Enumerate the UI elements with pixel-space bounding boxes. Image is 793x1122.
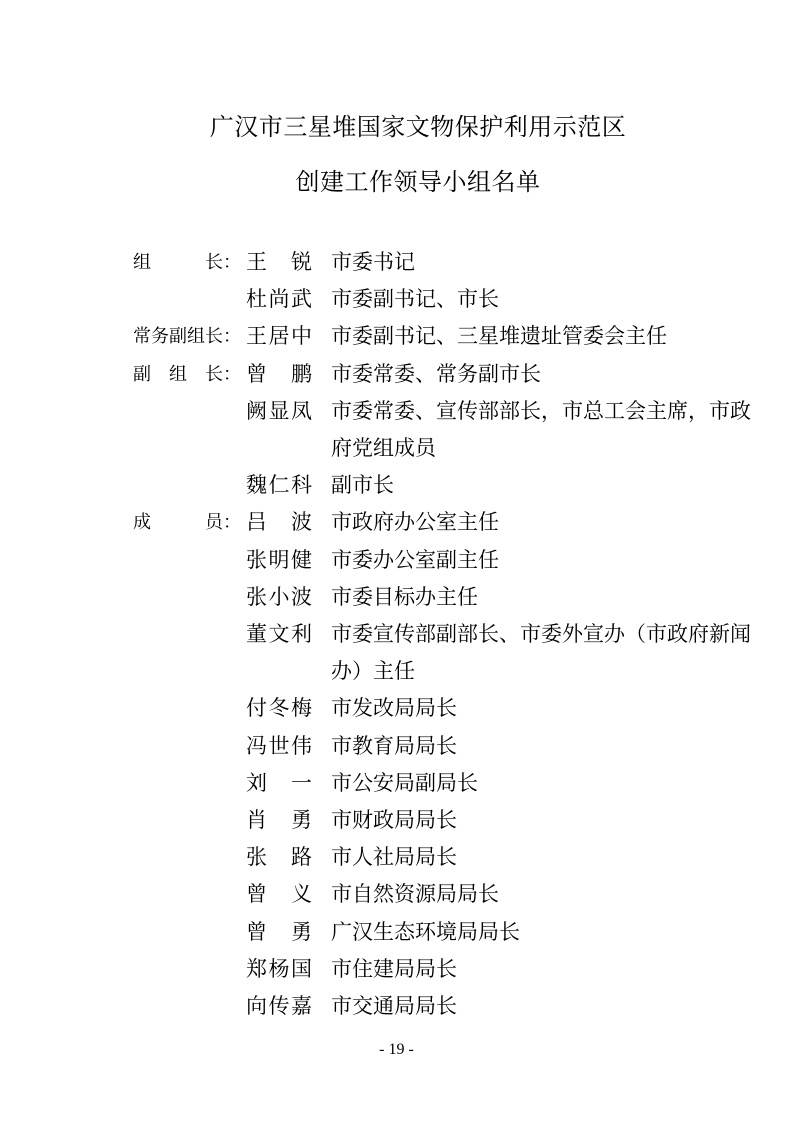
roster-row: 肖勇 市财政局局长 — [0, 802, 793, 839]
role-label: 成员 ： — [133, 504, 246, 541]
roster-row: 组长 ： 王锐 市委书记 — [0, 244, 793, 281]
roster-row: 成员 ： 吕波 市政府办公室主任 — [0, 504, 793, 541]
member-position: 市住建局局长 — [331, 951, 793, 988]
member-name: 董文利 — [246, 616, 312, 653]
member-name: 吕波 — [246, 504, 312, 541]
member-name: 郑杨国 — [246, 951, 312, 988]
roster-row: 张路 市人社局局长 — [0, 839, 793, 876]
member-position: 市委副书记、市长 — [331, 281, 793, 318]
document-title-line1: 广汉市三星堆国家文物保护利用示范区 — [133, 100, 703, 155]
member-name: 付冬梅 — [246, 690, 312, 727]
document-page: 广汉市三星堆国家文物保护利用示范区 创建工作领导小组名单 组长 ： 王锐 市委书… — [0, 0, 793, 1122]
member-name: 刘一 — [246, 765, 312, 802]
member-position: 市财政局局长 — [331, 802, 793, 839]
member-name: 阙显凤 — [246, 393, 312, 430]
role-label-text: 成员 — [133, 504, 223, 541]
member-position: 市交通局局长 — [331, 988, 793, 1025]
role-label-text: 常务副组长 — [133, 318, 223, 355]
member-name: 冯世伟 — [246, 728, 312, 765]
role-label-colon: ： — [223, 356, 241, 393]
document-title-line2: 创建工作领导小组名单 — [133, 155, 703, 210]
member-name: 张路 — [246, 839, 312, 876]
member-name: 王锐 — [246, 244, 312, 281]
role-label-text: 副组长 — [133, 356, 223, 393]
leadership-roster: 组长 ： 王锐 市委书记 杜尚武 市委副书记、市长 常务副组长 ： 王居中 市委… — [0, 244, 793, 1025]
member-position: 市委宣传部副部长、市委外宣办（市政府新闻 办）主任 — [331, 616, 793, 690]
member-position: 市自然资源局局长 — [331, 876, 793, 913]
roster-row: 张明健 市委办公室副主任 — [0, 542, 793, 579]
member-position: 市教育局局长 — [331, 728, 793, 765]
member-position: 广汉生态环境局局长 — [331, 914, 793, 951]
roster-row: 魏仁科 副市长 — [0, 467, 793, 504]
role-label-colon: ： — [223, 318, 241, 355]
roster-row: 郑杨国 市住建局局长 — [0, 951, 793, 988]
member-name: 张明健 — [246, 542, 312, 579]
member-name: 向传嘉 — [246, 988, 312, 1025]
document-title: 广汉市三星堆国家文物保护利用示范区 创建工作领导小组名单 — [133, 100, 703, 210]
roster-row: 曾勇 广汉生态环境局局长 — [0, 914, 793, 951]
roster-row: 董文利 市委宣传部副部长、市委外宣办（市政府新闻 办）主任 — [0, 616, 793, 690]
member-name: 曾鹏 — [246, 356, 312, 393]
member-position: 市发改局局长 — [331, 690, 793, 727]
member-position: 市委常委、常务副市长 — [331, 356, 793, 393]
member-position: 市委副书记、三星堆遗址管委会主任 — [331, 318, 793, 355]
role-label: 常务副组长 ： — [133, 318, 246, 355]
member-position: 市公安局副局长 — [331, 765, 793, 802]
role-label-colon: ： — [223, 244, 241, 281]
member-position: 市委常委、宣传部部长，市总工会主席，市政 府党组成员 — [331, 393, 793, 467]
role-label: 副组长 ： — [133, 356, 246, 393]
member-name: 王居中 — [246, 318, 312, 355]
member-position: 市人社局局长 — [331, 839, 793, 876]
role-label: 组长 ： — [133, 244, 246, 281]
roster-row: 阙显凤 市委常委、宣传部部长，市总工会主席，市政 府党组成员 — [0, 393, 793, 467]
member-name: 张小波 — [246, 579, 312, 616]
member-name: 肖勇 — [246, 802, 312, 839]
roster-row: 杜尚武 市委副书记、市长 — [0, 281, 793, 318]
member-position: 市政府办公室主任 — [331, 504, 793, 541]
roster-row: 曾义 市自然资源局局长 — [0, 876, 793, 913]
roster-row: 常务副组长 ： 王居中 市委副书记、三星堆遗址管委会主任 — [0, 318, 793, 355]
role-label-text: 组长 — [133, 244, 223, 281]
roster-row: 付冬梅 市发改局局长 — [0, 690, 793, 727]
member-position: 副市长 — [331, 467, 793, 504]
role-label-colon: ： — [223, 504, 241, 541]
roster-row: 张小波 市委目标办主任 — [0, 579, 793, 616]
member-name: 魏仁科 — [246, 467, 312, 504]
roster-row: 副组长 ： 曾鹏 市委常委、常务副市长 — [0, 356, 793, 393]
roster-row: 冯世伟 市教育局局长 — [0, 728, 793, 765]
member-name: 杜尚武 — [246, 281, 312, 318]
member-position: 市委办公室副主任 — [331, 542, 793, 579]
member-position: 市委目标办主任 — [331, 579, 793, 616]
page-number: - 19 - — [0, 1040, 793, 1060]
roster-row: 刘一 市公安局副局长 — [0, 765, 793, 802]
member-position: 市委书记 — [331, 244, 793, 281]
member-name: 曾勇 — [246, 914, 312, 951]
member-name: 曾义 — [246, 876, 312, 913]
roster-row: 向传嘉 市交通局局长 — [0, 988, 793, 1025]
